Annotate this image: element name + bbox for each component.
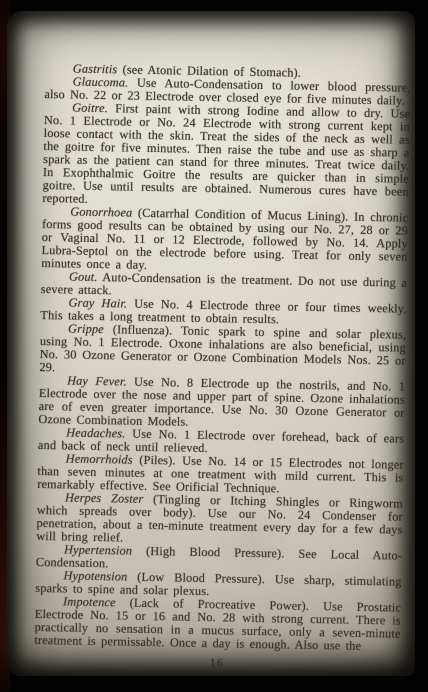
entry-herpes-zoster: Herpes Zoster (Tingling or Itching Shing… [36, 491, 403, 550]
entry-hay-fever: Hay Fever. Use No. 8 Electrode up the no… [38, 374, 405, 433]
entry-body: First paint with strong Iodine and allow… [42, 101, 410, 206]
book-page: Gastritis (see Atonic Dilation of Stomac… [7, 11, 415, 676]
entry-grippe: Grippe (Influenza). Tonic spark to spine… [39, 322, 406, 381]
book-photo: Gastritis (see Atonic Dilation of Stomac… [0, 0, 428, 692]
page-number: 16 [34, 654, 400, 674]
entry-impotence: Impotence (Lack of Procreative Power). U… [34, 595, 401, 654]
page-text: Gastritis (see Atonic Dilation of Stomac… [34, 62, 411, 674]
entry-goitre: Goitre. First paint with strong Iodine a… [42, 101, 410, 212]
entry-gonorrhoea: Gonorrhoea (Catarrhal Condition of Mucus… [41, 205, 408, 277]
